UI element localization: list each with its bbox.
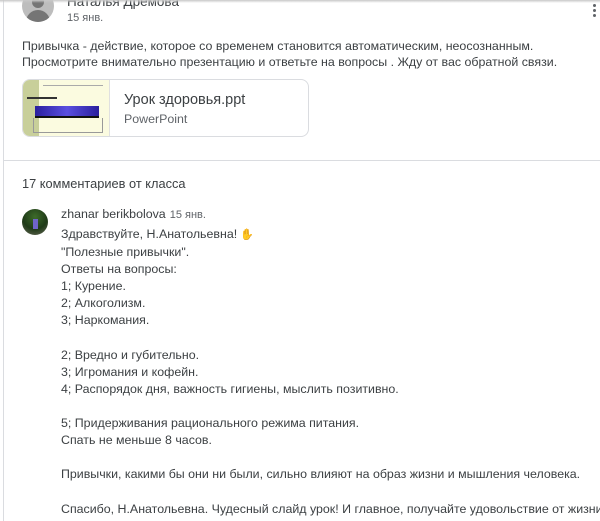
comment-greeting: Здравствуйте, Н.Анатольевна! bbox=[61, 227, 237, 241]
attachment-type: PowerPoint bbox=[124, 112, 187, 126]
comment-date: 15 янв. bbox=[170, 209, 206, 221]
comment-author: zhanar berikbolova15 янв. bbox=[61, 207, 206, 221]
post-date: 15 янв. bbox=[67, 12, 103, 24]
more-vert-icon[interactable] bbox=[593, 4, 597, 18]
attachment-thumbnail bbox=[23, 80, 110, 136]
attachment-card[interactable]: Урок здоровья.ppt PowerPoint bbox=[22, 79, 309, 137]
comment-text: "Полезные привычки". Ответы на вопросы: … bbox=[61, 245, 600, 515]
section-divider bbox=[3, 160, 600, 161]
hand-emoji-icon: ✋ bbox=[240, 227, 254, 244]
header-shadow bbox=[0, 0, 600, 3]
attachment-name: Урок здоровья.ppt bbox=[124, 92, 245, 108]
left-border bbox=[3, 0, 4, 521]
avatar-placeholder-body bbox=[26, 10, 50, 22]
post-text: Привычка - действие, которое со временем… bbox=[22, 38, 557, 70]
class-comments-count[interactable]: 17 комментариев от класса bbox=[22, 176, 186, 191]
post-text-line: Просмотрите внимательно презентацию и от… bbox=[22, 54, 557, 70]
commenter-avatar bbox=[22, 209, 48, 235]
author-avatar bbox=[22, 0, 54, 22]
comment-body: Здравствуйте, Н.Анатольевна!✋ "Полезные … bbox=[61, 226, 600, 518]
comment-author-name: zhanar berikbolova bbox=[61, 207, 166, 221]
post-text-line: Привычка - действие, которое со временем… bbox=[22, 38, 557, 54]
